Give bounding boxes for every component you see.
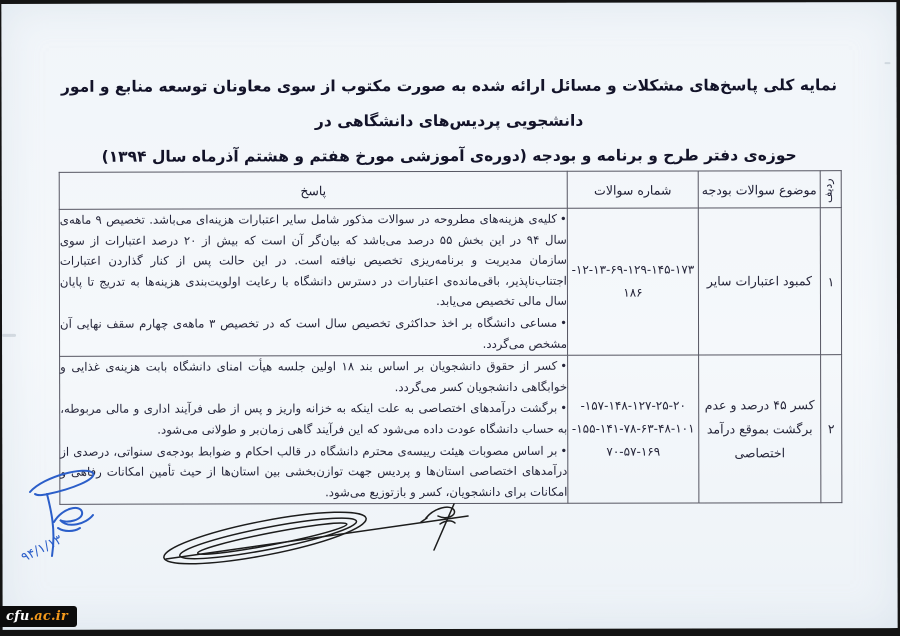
row-topic: کسر ۴۵ درصد و عدم برگشت بموقع درآمد اختص…: [699, 355, 821, 503]
table-header-row: ردیف موضوع سوالات بودجه شماره سوالات پاس…: [59, 171, 841, 210]
watermark-prefix: cfu: [6, 609, 30, 624]
answer-bullet: •برگشت درآمدهای اختصاصی به علت اینکه به …: [60, 398, 567, 440]
row-question-numbers: -۱۵۷-۱۴۸-۱۲۷-۲۵-۲۰ -۱۵۵-۱۴۱-۷۸-۶۳-۴۸-۱۰۱…: [568, 355, 699, 503]
header-answer: پاسخ: [59, 171, 567, 209]
answer-bullet: •کلیه‌ی هزینه‌های مطروحه در سوالات مذکور…: [60, 209, 567, 313]
header-question-numbers: شماره سوالات: [567, 171, 698, 208]
row-index: ۱: [820, 208, 841, 355]
row-answer: •کلیه‌ی هزینه‌های مطروحه در سوالات مذکور…: [59, 208, 567, 356]
header-topic: موضوع سوالات بودجه: [698, 171, 820, 208]
row-answer: •کسر از حقوق دانشجویان بر اساس بند ۱۸ او…: [60, 355, 568, 504]
answer-bullet: •کسر از حقوق دانشجویان بر اساس بند ۱۸ او…: [60, 356, 567, 398]
title-line-2: حوزه‌ی دفتر طرح و برنامه و بودجه (دوره‌ی…: [47, 138, 852, 175]
row-question-numbers: -۱۲-۱۳-۶۹-۱۲۹-۱۴۵-۱۷۳ ۱۸۶: [567, 208, 698, 355]
row-index: ۲: [821, 355, 842, 503]
table-row: ۲ کسر ۴۵ درصد و عدم برگشت بموقع درآمد اخ…: [60, 355, 842, 505]
qa-table: ردیف موضوع سوالات بودجه شماره سوالات پاس…: [59, 170, 843, 505]
title-line-1: نمایه کلی پاسخ‌های مشکلات و مسائل ارائه …: [46, 68, 851, 140]
table-row: ۱ کمبود اعتبارات سایر -۱۲-۱۳-۶۹-۱۲۹-۱۴۵-…: [59, 208, 841, 357]
scanned-page: نمایه کلی پاسخ‌های مشکلات و مسائل ارائه …: [1, 2, 897, 630]
answer-bullet: •بر اساس مصوبات هیئت رییسه‌ی محترم دانشگ…: [60, 440, 567, 503]
header-row-index: ردیف: [820, 171, 841, 208]
answer-bullet: •مساعی دانشگاه بر اخذ حداکثری تخصیص سال …: [60, 313, 567, 355]
row-topic: کمبود اعتبارات سایر: [698, 208, 820, 355]
scan-artifact: [884, 62, 890, 64]
scan-artifact: [2, 334, 16, 337]
site-watermark: cfu.ac.ir: [0, 606, 77, 627]
document-title: نمایه کلی پاسخ‌های مشکلات و مسائل ارائه …: [46, 68, 851, 175]
watermark-suffix: .ac.ir: [30, 609, 68, 624]
